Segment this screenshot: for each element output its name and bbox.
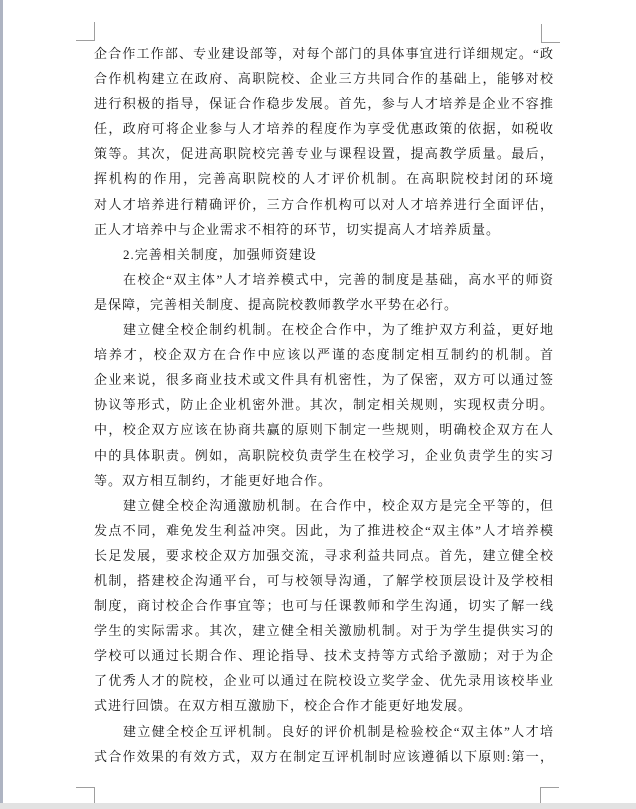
- document-page: 企合作工作部、专业建设部等，对每个部门的具体事宜进行详细规定。“政校企”合作机构…: [0, 0, 636, 809]
- text-line: 式进行回馈。在双方相互激励下，校企合作才能更好地发展。: [94, 693, 554, 718]
- text-line: 对人才培养进行精确评价，三方合作机构可以对人才培养进行全面评估，及时纠: [94, 192, 554, 217]
- text-line: 学校可以通过长期合作、理论指导、技术支持等方式给予激励；对于为企业提供: [94, 643, 554, 668]
- text-line: 中，校企双方应该在协商共赢的原则下制定一些规则，明确校企双方在人才培养: [94, 417, 554, 442]
- margin-crop-mark-bottom-left: [76, 787, 95, 804]
- text-line: 了优秀人才的院校，企业可以通过在院校设立奖学金、优先录用该校毕业生等方: [94, 668, 554, 693]
- text-line: 企业来说，很多商业技术或文件具有机密性，为了保密，双方可以通过签订保密: [94, 367, 554, 392]
- text-line: 进行积极的指导，保证合作稳步发展。首先，参与人才培养是企业不容推脱的责: [94, 91, 554, 116]
- text-line: 在校企“双主体”人才培养模式中，完善的制度是基础，高水平的师资队伍: [94, 267, 554, 292]
- page-bottom-gap: [0, 803, 636, 809]
- document-body: 企合作工作部、专业建设部等，对每个部门的具体事宜进行详细规定。“政校企”合作机构…: [94, 41, 554, 769]
- text-line: 学生的实际需求。其次，建立健全相关激励机制。对于为学生提供实习的企业，: [94, 618, 554, 643]
- text-line: 式合作效果的有效方式，双方在制定互评机制时应该遵循以下原则:第一，定期: [94, 744, 554, 769]
- text-line: 协议等形式，防止企业机密外泄。其次，制定相关规则，实现权责分明。在合作: [94, 392, 554, 417]
- margin-crop-mark-top-left: [76, 22, 95, 41]
- text-line: 策等。其次，促进高职院校完善专业与课程设置，提高教学质量。最后，充分发: [94, 141, 554, 166]
- text-line: 机制，搭建校企沟通平台，可与校领导沟通，了解学校顶层设计及学校相关规章: [94, 568, 554, 593]
- text-line: 正人才培养中与企业需求不相符的环节，切实提高人才培养质量。: [94, 217, 554, 242]
- text-line: 建立健全校企沟通激励机制。在合作中，校企双方是完全平等的，但由于出: [94, 493, 554, 518]
- text-line: 长足发展，要求校企双方加强交流，寻求利益共同点。首先，建立健全校企沟通: [94, 543, 554, 568]
- margin-crop-mark-bottom-right: [540, 787, 559, 804]
- text-line: 建立健全校企互评机制。良好的评价机制是检验校企“双主体”人才培养模: [94, 719, 554, 744]
- text-line: 培养才，校企双方在合作中应该以严谨的态度制定相互制约的机制。首先，对于: [94, 342, 554, 367]
- text-line: 建立健全校企制约机制。在校企合作中，为了维护双方利益，更好地培人才: [94, 317, 554, 342]
- text-line: 是保障，完善相关制度、提高院校教师教学水平势在必行。: [94, 292, 554, 317]
- window-left-edge: [0, 0, 3, 803]
- text-line: 合作机构建立在政府、高职院校、企业三方共同合作的基础上，能够对校企合作: [94, 66, 554, 91]
- section-heading-line: 2.完善相关制度，加强师资建设: [94, 242, 554, 267]
- text-line: 企合作工作部、专业建设部等，对每个部门的具体事宜进行详细规定。“政校企”: [94, 41, 554, 66]
- text-line: 中的具体职责。例如，高职院校负责学生在校学习，企业负责学生的实习与实训: [94, 443, 554, 468]
- text-line: 发点不同，难免发生利益冲突。因此，为了推进校企“双主体”人才培养模式的: [94, 518, 554, 543]
- text-line: 任，政府可将企业参与人才培养的程度作为享受优惠政策的依据，如税收优惠政: [94, 116, 554, 141]
- text-line: 挥机构的作用，完善高职院校的人才评价机制。在高职院校封闭的环境内，很难: [94, 166, 554, 191]
- text-line: 等。双方相互制约，才能更好地合作。: [94, 468, 554, 493]
- text-line: 制度，商讨校企合作事宜等；也可与任课教师和学生沟通，切实了解一线教师与: [94, 593, 554, 618]
